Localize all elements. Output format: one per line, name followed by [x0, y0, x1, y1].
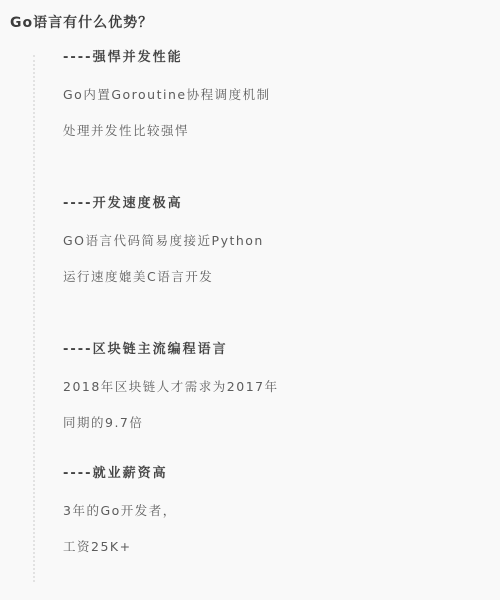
page-title: Go语言有什么优势？ [10, 12, 153, 32]
section-heading: ----开发速度极高 [63, 194, 264, 214]
section-line: Go内置Goroutine协程调度机制 [63, 85, 271, 105]
section-line: 运行速度媲美C语言开发 [63, 267, 264, 287]
section-heading: ----区块链主流编程语言 [63, 340, 279, 360]
section-line: 处理并发性比较强悍 [63, 121, 271, 141]
section-blockchain: ----区块链主流编程语言 2018年区块链人才需求为2017年 同期的9.7倍 [63, 340, 279, 433]
section-line: 工资25K+ [63, 537, 177, 557]
section-heading: ----就业薪资高 [63, 464, 177, 484]
section-heading: ----强悍并发性能 [63, 48, 271, 68]
section-line: 3年的Go开发者， [63, 501, 177, 521]
section-concurrency: ----强悍并发性能 Go内置Goroutine协程调度机制 处理并发性比较强悍 [63, 48, 271, 141]
section-salary: ----就业薪资高 3年的Go开发者， 工资25K+ [63, 464, 177, 557]
section-line: 同期的9.7倍 [63, 413, 279, 433]
section-line: GO语言代码简易度接近Python [63, 231, 264, 251]
section-line: 2018年区块链人才需求为2017年 [63, 377, 279, 397]
blockquote-dotted-rule [33, 55, 35, 582]
section-dev-speed: ----开发速度极高 GO语言代码简易度接近Python 运行速度媲美C语言开发 [63, 194, 264, 287]
